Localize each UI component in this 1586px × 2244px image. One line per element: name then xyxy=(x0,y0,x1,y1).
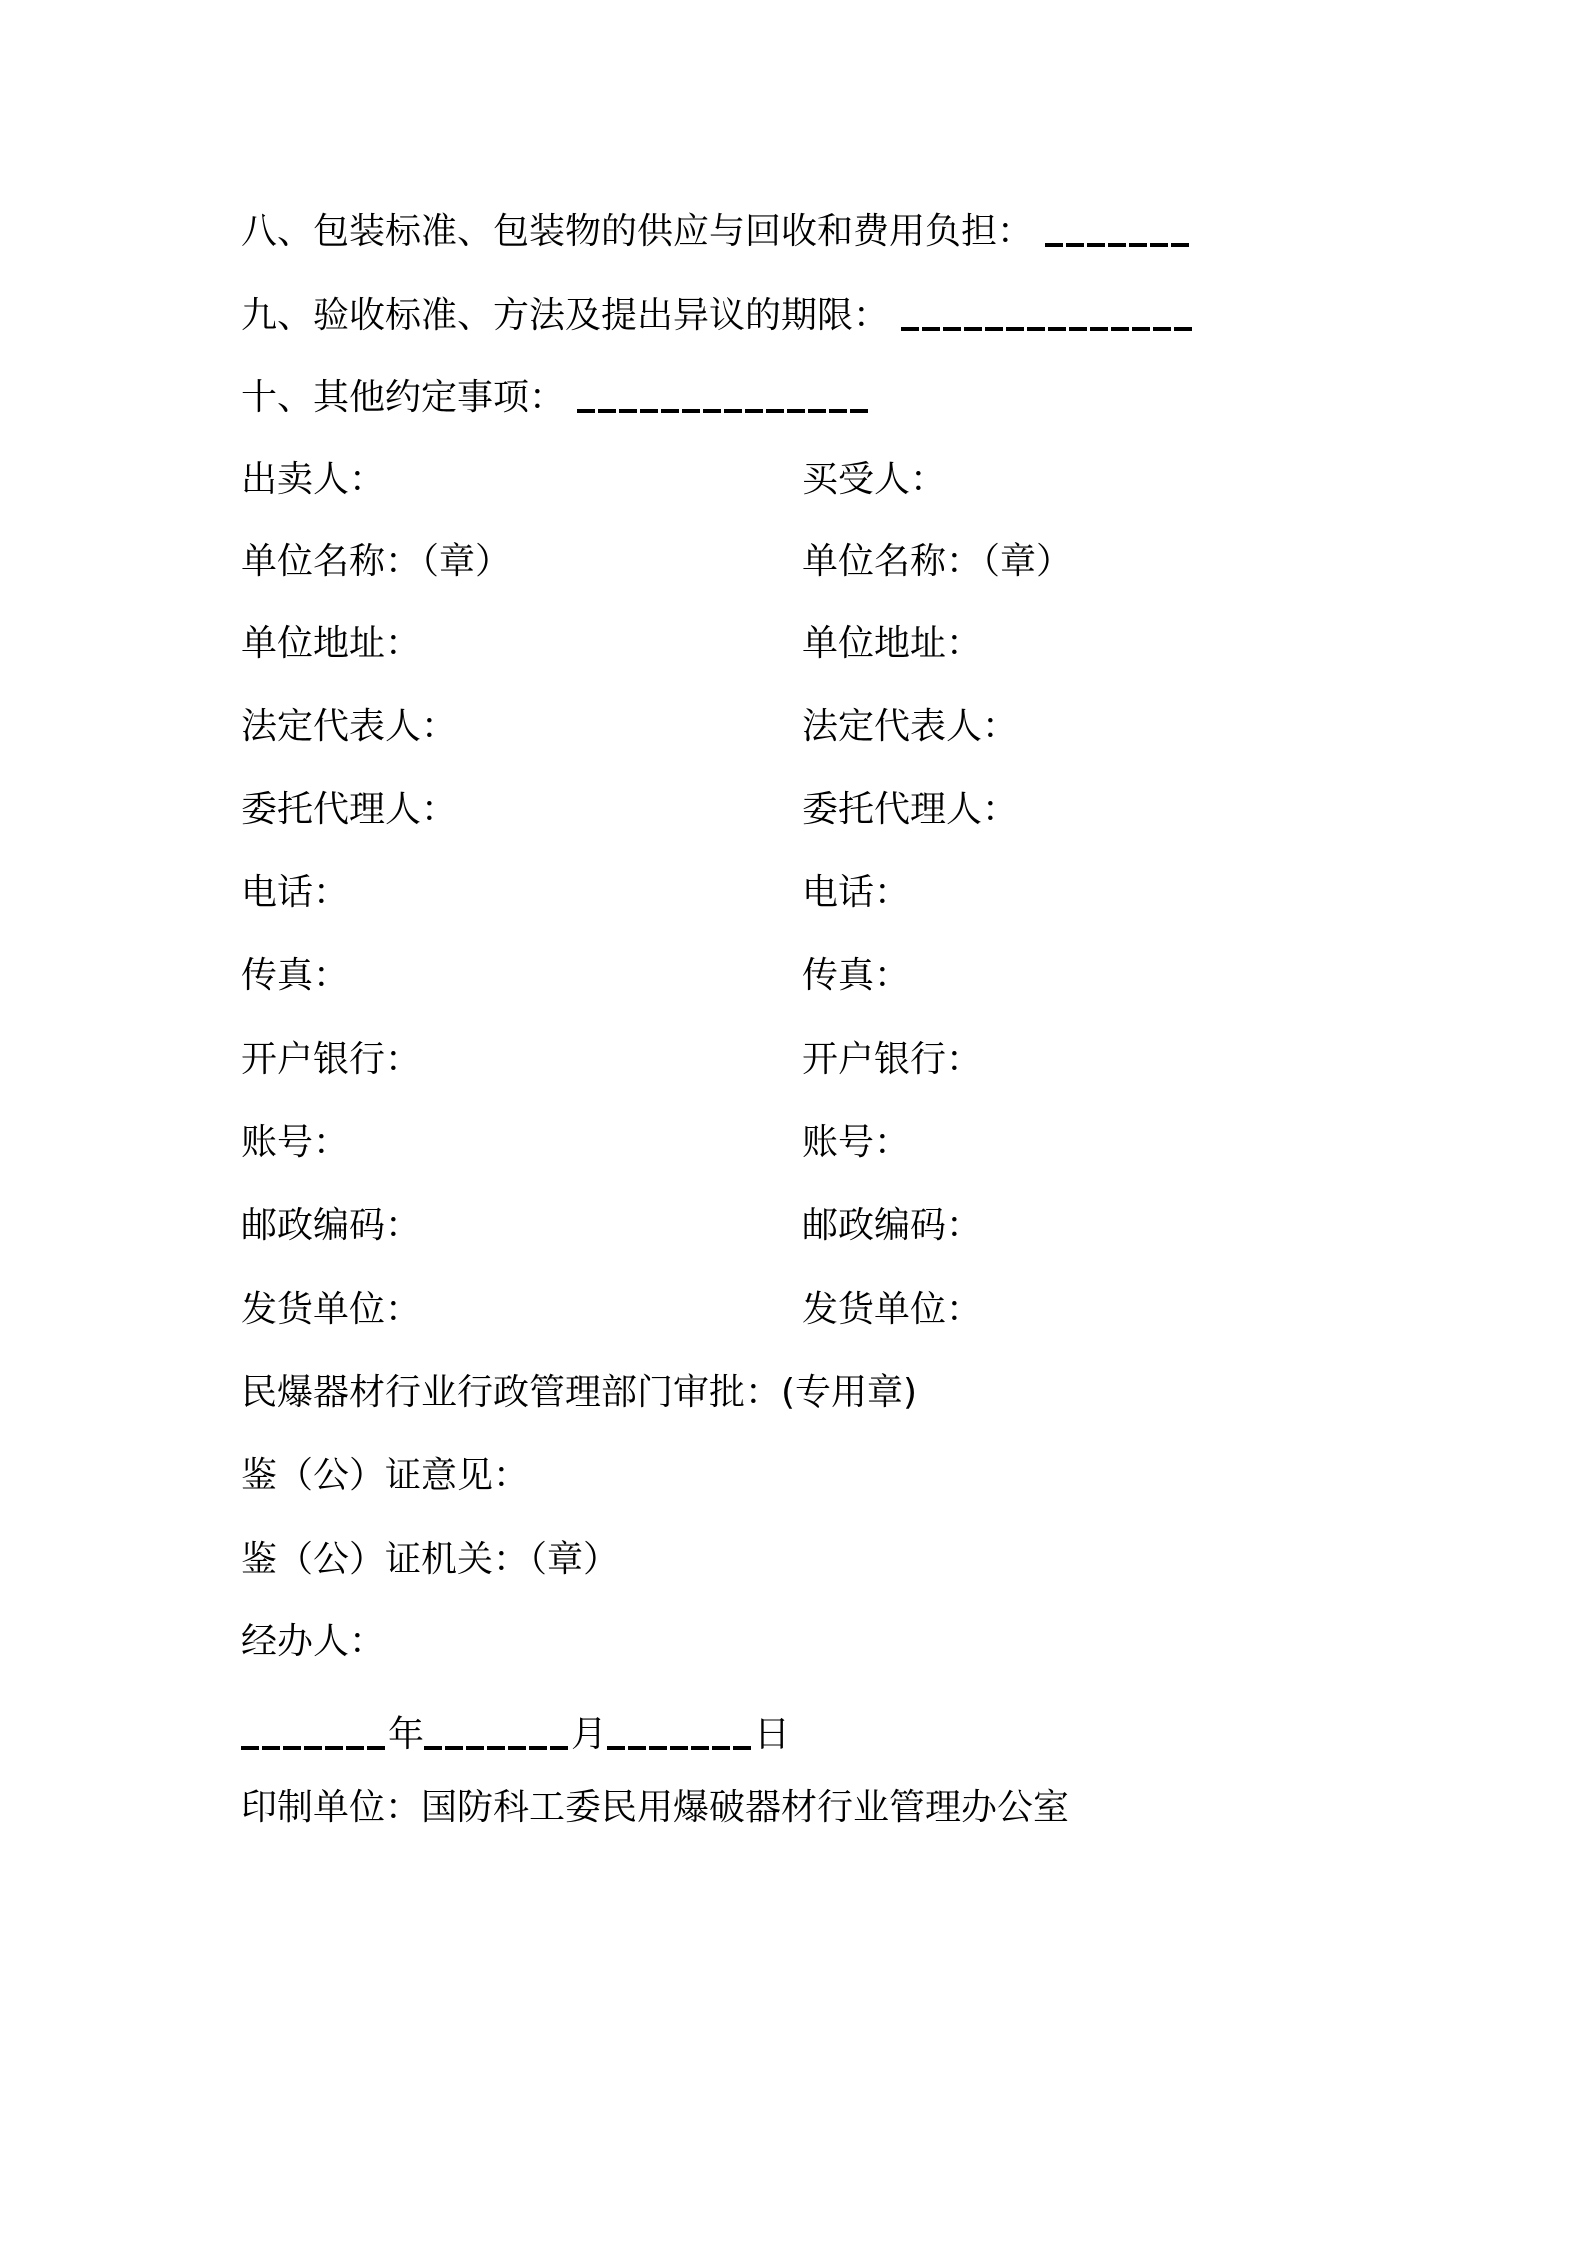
buyer-bank[interactable]: 开户银行： xyxy=(802,1035,982,1085)
party-row-address: 单位地址： 单位地址： xyxy=(0,619,1586,669)
notary-opinion-label: 鉴（公）证意见： xyxy=(241,1451,529,1501)
party-row-unit-name: 单位名称：（章） 单位名称：（章） xyxy=(0,537,1586,587)
printer-row: 印制单位：国防科工委民用爆破器材行业管理办公室 xyxy=(0,1783,1586,1833)
seller-legal-representative[interactable]: 法定代表人： xyxy=(241,702,457,752)
buyer-phone[interactable]: 电话： xyxy=(802,868,910,918)
buyer-address[interactable]: 单位地址： xyxy=(802,619,982,669)
parties-heading-row: 出卖人： 买受人： xyxy=(0,455,1586,505)
buyer-unit-name[interactable]: 单位名称：（章） xyxy=(802,537,1072,587)
packaging-blank[interactable] xyxy=(1045,207,1192,257)
approval-row: 民爆器材行业行政管理部门审批：(专用章) xyxy=(0,1368,1586,1418)
buyer-shipping-unit[interactable]: 发货单位： xyxy=(802,1285,982,1335)
seller-unit-name[interactable]: 单位名称：（章） xyxy=(241,537,511,587)
clause-label: 八、包装标准、包装物的供应与回收和费用负担： xyxy=(241,211,1033,252)
notary-office-row: 鉴（公）证机关：（章） xyxy=(0,1535,1586,1585)
month-blank[interactable] xyxy=(424,1710,571,1760)
year-blank[interactable] xyxy=(241,1710,388,1760)
party-row-fax: 传真： 传真： xyxy=(0,951,1586,1001)
notary-office-label: 鉴（公）证机关：（章） xyxy=(241,1535,619,1585)
notary-opinion-row: 鉴（公）证意见： xyxy=(0,1451,1586,1501)
party-row-account: 账号： 账号： xyxy=(0,1118,1586,1168)
clause-other: 十、其他约定事项： xyxy=(0,373,1586,423)
buyer-legal-representative[interactable]: 法定代表人： xyxy=(802,702,1018,752)
clause-packaging: 八、包装标准、包装物的供应与回收和费用负担： xyxy=(0,207,1586,257)
seller-phone[interactable]: 电话： xyxy=(241,868,349,918)
party-row-agent: 委托代理人： 委托代理人： xyxy=(0,785,1586,835)
day-label: 日 xyxy=(754,1714,790,1755)
year-label: 年 xyxy=(388,1714,424,1755)
day-blank[interactable] xyxy=(607,1710,754,1760)
buyer-postcode[interactable]: 邮政编码： xyxy=(802,1201,982,1251)
month-label: 月 xyxy=(571,1714,607,1755)
acceptance-blank[interactable] xyxy=(901,291,1195,341)
party-row-postcode: 邮政编码： 邮政编码： xyxy=(0,1201,1586,1251)
buyer-fax[interactable]: 传真： xyxy=(802,951,910,1001)
seller-account[interactable]: 账号： xyxy=(241,1118,349,1168)
contract-page: 八、包装标准、包装物的供应与回收和费用负担： 九、验收标准、方法及提出异议的期限… xyxy=(0,0,1586,2244)
clause-label: 十、其他约定事项： xyxy=(241,377,565,418)
other-matters-blank[interactable] xyxy=(577,373,871,423)
clause-acceptance: 九、验收标准、方法及提出异议的期限： xyxy=(0,291,1586,341)
seller-address[interactable]: 单位地址： xyxy=(241,619,421,669)
approval-label: 民爆器材行业行政管理部门审批：(专用章) xyxy=(241,1368,917,1418)
date-row: 年月日 xyxy=(0,1710,1586,1760)
seller-shipping-unit[interactable]: 发货单位： xyxy=(241,1285,421,1335)
clause-label: 九、验收标准、方法及提出异议的期限： xyxy=(241,295,889,336)
party-row-legal-rep: 法定代表人： 法定代表人： xyxy=(0,702,1586,752)
seller-bank[interactable]: 开户银行： xyxy=(241,1035,421,1085)
seller-postcode[interactable]: 邮政编码： xyxy=(241,1201,421,1251)
party-row-bank: 开户银行： 开户银行： xyxy=(0,1035,1586,1085)
seller-agent[interactable]: 委托代理人： xyxy=(241,785,457,835)
handler-label: 经办人： xyxy=(241,1617,385,1667)
buyer-heading: 买受人： xyxy=(802,455,946,505)
party-row-phone: 电话： 电话： xyxy=(0,868,1586,918)
seller-heading: 出卖人： xyxy=(241,455,385,505)
party-row-shipper: 发货单位： 发货单位： xyxy=(0,1285,1586,1335)
buyer-account[interactable]: 账号： xyxy=(802,1118,910,1168)
buyer-agent[interactable]: 委托代理人： xyxy=(802,785,1018,835)
handler-row: 经办人： xyxy=(0,1617,1586,1667)
printer-label: 印制单位：国防科工委民用爆破器材行业管理办公室 xyxy=(241,1783,1069,1833)
seller-fax[interactable]: 传真： xyxy=(241,951,349,1001)
